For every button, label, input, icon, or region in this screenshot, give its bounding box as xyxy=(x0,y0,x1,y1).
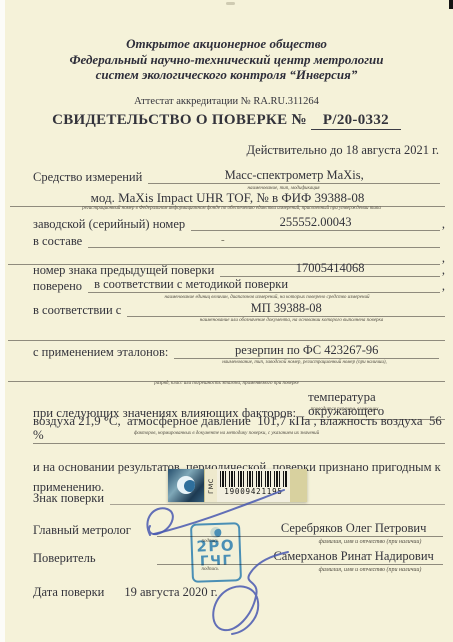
standards-caption-2: разряд, класс или погрешность эталона, п… xyxy=(60,381,393,387)
instrument-row: Средство измерений Масс-спектрометр MaXi… xyxy=(33,168,440,184)
previous-mark-comma: , xyxy=(440,263,445,277)
mark-label: Знак поверки xyxy=(33,491,110,505)
blank-row-2 xyxy=(8,326,445,341)
organization-header: Открытое акционерное общество Федеральны… xyxy=(0,36,453,83)
verifier-name-caption: фамилия, имя и отчество (при наличии) xyxy=(295,567,445,573)
blank-row-3 xyxy=(8,367,445,382)
model-caption: регистрационный номер в Федеральном инфо… xyxy=(20,206,443,212)
previous-mark-value: 17005414068 xyxy=(220,261,440,277)
model-row: мод. MaXis Impact UHR TOF, № в ФИФ 39388… xyxy=(10,191,445,207)
chief-name: Серебряков Олег Петрович xyxy=(264,521,443,537)
verifier-signature xyxy=(198,546,298,638)
verifier-label: Поверитель xyxy=(33,551,157,565)
chief-signature xyxy=(140,483,290,545)
certificate-number: Р/20-0332 xyxy=(311,112,401,130)
verified-label: поверено xyxy=(33,279,88,293)
serial-comma: , xyxy=(440,217,445,231)
accordance-value: МП 39388-08 xyxy=(127,301,445,317)
date-label: Дата поверки xyxy=(33,585,110,599)
composition-row: в составе xyxy=(33,233,440,248)
title-text: СВИДЕТЕЛЬСТВО О ПОВЕРКЕ № xyxy=(52,112,307,128)
factors-caption-1: приводится перечень влияющих xyxy=(250,407,439,413)
blank-line-3 xyxy=(8,367,445,382)
standards-value: резерпин по ФС 423267-96 xyxy=(174,343,439,359)
factors-row-2: воздуха 21,9 °С, атмосферное давление 10… xyxy=(33,414,445,444)
blank-line-2 xyxy=(8,326,445,341)
previous-mark-row: номер знака предыдущей поверки 170054140… xyxy=(33,261,445,277)
verified-comma: , xyxy=(440,279,445,293)
chief-label: Главный метролог xyxy=(33,523,157,537)
instrument-value: Масс-спектрометр MaXis, xyxy=(148,168,440,184)
scan-corner-mark xyxy=(449,0,453,9)
pencil-dash-artifact: - xyxy=(221,234,225,246)
certificate-page: Открытое акционерное общество Федеральны… xyxy=(0,0,453,642)
model-value: мод. MaXis Impact UHR TOF, № в ФИФ 39388… xyxy=(10,191,445,207)
valid-until: Действительно до 18 августа 2021 г. xyxy=(246,143,439,158)
org-line2: Федеральный научно-технический центр мет… xyxy=(0,52,453,68)
factors-value-2: воздуха 21,9 °С, атмосферное давление 10… xyxy=(33,414,445,444)
composition-blank-line xyxy=(88,233,440,248)
certificate-title: СВИДЕТЕЛЬСТВО О ПОВЕРКЕ № Р/20-0332 xyxy=(0,112,453,129)
accordance-row: в соответствии с МП 39388-08 xyxy=(33,301,445,317)
standards-row: с применением эталонов: резерпин по ФС 4… xyxy=(33,343,439,359)
date-row: Дата поверки 19 августа 2020 г. xyxy=(33,585,218,599)
verified-row: поверено в соответствии с методикой пове… xyxy=(33,277,445,293)
sticker-blank-area xyxy=(290,469,307,502)
org-line1: Открытое акционерное общество xyxy=(0,36,453,52)
serial-value: 255552.00043 xyxy=(191,215,440,231)
org-line3: систем экологического контроля “Инверсия… xyxy=(0,67,453,83)
previous-mark-label: номер знака предыдущей поверки xyxy=(33,263,220,277)
accordance-caption: наименование или обозначение документа, … xyxy=(140,318,443,324)
serial-label: заводской (серийный) номер xyxy=(33,217,191,231)
standards-caption: наименование, тип, заводской номер, реги… xyxy=(170,360,439,366)
chief-name-caption: фамилия, имя и отчество (при наличии) xyxy=(295,539,445,545)
composition-label: в составе xyxy=(33,234,88,248)
instrument-label: Средство измерений xyxy=(33,170,148,184)
scan-speck xyxy=(226,2,235,5)
standards-label: с применением эталонов: xyxy=(33,345,174,359)
accreditation-line: Аттестат аккредитации № RA.RU.311264 xyxy=(0,96,453,107)
verified-value: в соответствии с методикой поверки xyxy=(88,277,440,293)
factors-caption-2: факторов, нормированных в документе на м… xyxy=(60,431,393,437)
accordance-label: в соответствии с xyxy=(33,303,127,317)
serial-row: заводской (серийный) номер 255552.00043 … xyxy=(33,215,445,231)
